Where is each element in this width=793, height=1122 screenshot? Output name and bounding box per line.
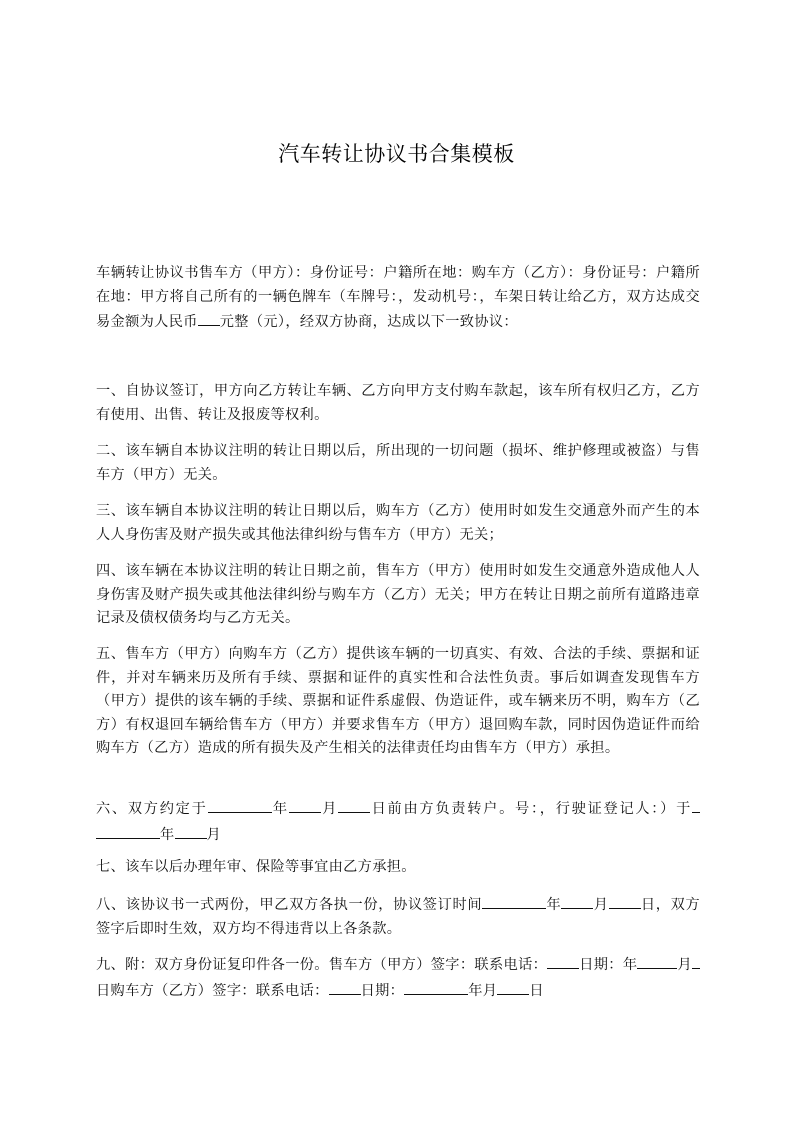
intro-paragraph: 车辆转让协议书售车方（甲方）：身份证号：户籍所在地：购车方（乙方）：身份证号：户… bbox=[96, 262, 700, 335]
clause-6-text-4: 日前由方负责转户。号：，行驶证登记人：）于 bbox=[370, 801, 692, 817]
clause-8-text-1: 八、该协议书一式两份，甲乙双方各执一份，协议签订时间 bbox=[96, 897, 482, 913]
clause-6-text-3: 月 bbox=[321, 801, 338, 817]
clause-8: 八、该协议书一式两份，甲乙双方各执一份，协议签订时间年月日，双方签字后即时生效，… bbox=[96, 892, 700, 941]
blank[interactable] bbox=[692, 796, 700, 813]
clause-8-text-2: 年 bbox=[546, 897, 561, 913]
clause-9-text-5: 日期： bbox=[361, 983, 405, 999]
clause-7: 七、该车以后办理年审、保险等事宜由乙方承担。 bbox=[96, 856, 700, 880]
clause-1: 一、自协议签订，甲方向乙方转让车辆、乙方向甲方支付购车款起，该车所有权归乙方，乙… bbox=[96, 380, 700, 427]
sign-month-blank[interactable] bbox=[561, 892, 593, 909]
buyer-day-blank[interactable] bbox=[497, 978, 529, 995]
month-blank[interactable] bbox=[289, 796, 321, 813]
clause-8-text-3: 月 bbox=[593, 897, 608, 913]
year-blank-2[interactable] bbox=[96, 822, 160, 839]
month-blank-2[interactable] bbox=[175, 822, 207, 839]
seller-day-blank[interactable] bbox=[692, 952, 700, 969]
clause-9-text-7: 日 bbox=[529, 983, 544, 999]
year-blank[interactable] bbox=[208, 796, 272, 813]
intro-text-b: 元整（元），经双方协商，达成以下一致协议： bbox=[220, 314, 518, 330]
clause-9: 九、附：双方身份证复印件各一份。售车方（甲方）签字：联系电话：日期：年月日购车方… bbox=[96, 952, 700, 1003]
day-blank[interactable] bbox=[338, 796, 370, 813]
seller-month-blank[interactable] bbox=[645, 952, 677, 969]
clause-6-text-6: 月 bbox=[207, 827, 222, 843]
document-title: 汽车转让协议书合集模板 bbox=[0, 138, 793, 168]
clause-5: 五、售车方（甲方）向购车方（乙方）提供该车辆的一切真实、有效、合法的手续、票据和… bbox=[96, 643, 700, 761]
clause-6-text-2: 年 bbox=[272, 801, 289, 817]
clause-9-text-1: 九、附：双方身份证复印件各一份。售车方（甲方）签字：联系电话： bbox=[96, 957, 547, 973]
clause-2: 二、该车辆自本协议注明的转让日期以后，所出现的一切问题（损坏、维护修理或被盗）与… bbox=[96, 440, 700, 487]
clause-6-text-1: 六、双方约定于 bbox=[96, 801, 208, 817]
sign-year-blank[interactable] bbox=[482, 892, 546, 909]
buyer-year-blank[interactable] bbox=[404, 978, 468, 995]
clause-9-text-4: 日购车方（乙方）签字：联系电话： bbox=[96, 983, 329, 999]
blank[interactable] bbox=[637, 952, 645, 969]
amount-blank[interactable] bbox=[198, 309, 220, 326]
seller-phone-blank[interactable] bbox=[547, 952, 579, 969]
clause-9-text-3: 月 bbox=[677, 957, 692, 973]
buyer-phone-blank[interactable] bbox=[329, 978, 361, 995]
clause-6: 六、双方约定于年月日前由方负责转户。号：，行驶证登记人：）于年月 bbox=[96, 796, 700, 847]
clause-6-text-5: 年 bbox=[160, 827, 175, 843]
clause-4: 四、该车辆在本协议注明的转让日期之前，售车方（甲方）使用时如发生交通意外造成他人… bbox=[96, 560, 700, 631]
clause-9-text-6: 年月 bbox=[468, 983, 497, 999]
sign-day-blank[interactable] bbox=[609, 892, 641, 909]
clause-9-text-2: 日期：年 bbox=[579, 957, 637, 973]
clause-3: 三、该车辆自本协议注明的转让日期以后，购车方（乙方）使用时如发生交通意外而产生的… bbox=[96, 500, 700, 547]
